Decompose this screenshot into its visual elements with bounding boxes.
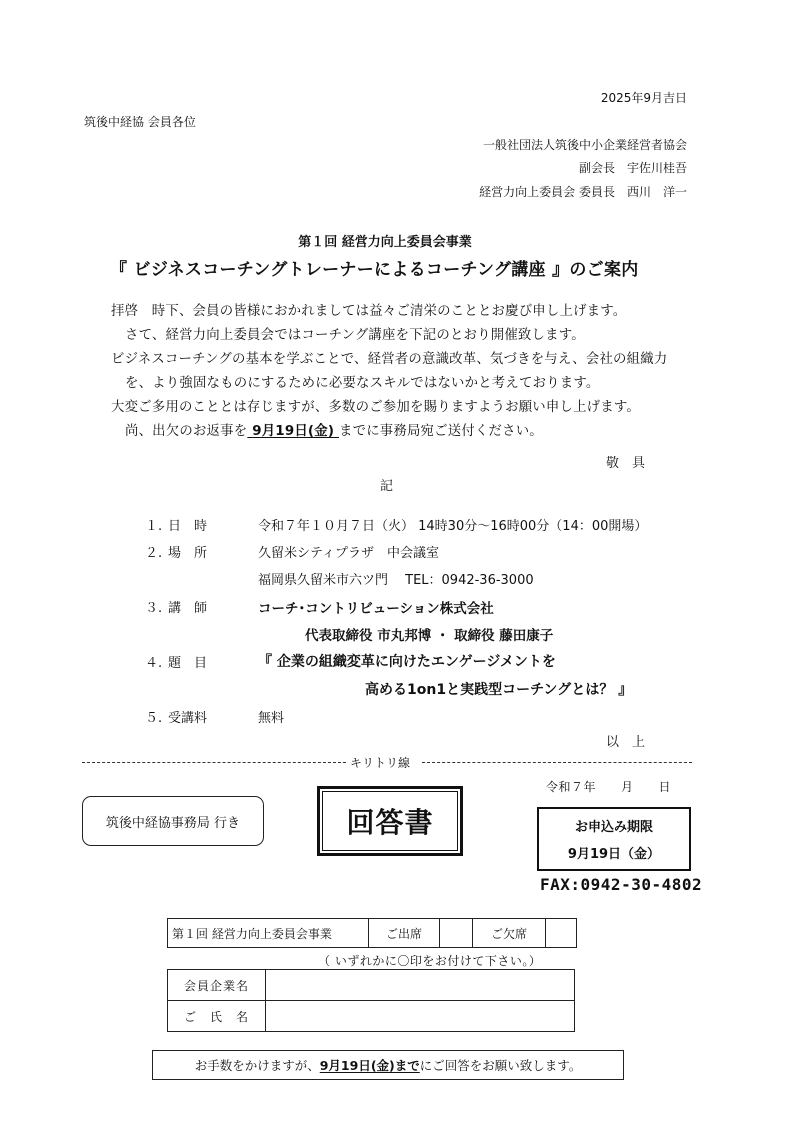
- item-number: １.: [145, 515, 162, 534]
- document-title: 『 ビジネスコーチングトレーナーによるコーチング講座 』のご案内: [110, 255, 639, 280]
- item-value-venue: 久留米シティプラザ 中会議室: [258, 542, 439, 561]
- item-value-fee: 無料: [258, 707, 284, 726]
- item-value-venue-address: 福岡県久留米市六ツ門 TEL：0942-36-3000: [258, 569, 534, 588]
- reply-deadline: 9月19日(金): [247, 424, 339, 439]
- item-number: ５.: [145, 707, 162, 726]
- body-line-5: 大変ご多用のこととは存じますが、多数のご参加を賜りますようお願い申し上げます。: [111, 396, 640, 415]
- item-label-instructor: 講 師: [168, 597, 207, 616]
- sender-committee-chair: 経営力向上委員会 委員長 西川 洋一: [479, 183, 687, 200]
- item-number: ３.: [145, 597, 162, 616]
- deadline-date: 9月19日（金）: [568, 843, 660, 862]
- item-number: ４.: [145, 652, 162, 671]
- closing-keigu: 敬 具: [606, 452, 645, 471]
- item-number: ２.: [145, 542, 162, 561]
- item-value-instructor-company: コーチ･コントリビューション株式会社: [258, 597, 494, 617]
- attendance-table: 第１回 経営力向上委員会事業 ご出席 ご欠席: [167, 918, 577, 948]
- issue-date: 2025年9月吉日: [601, 89, 687, 106]
- company-field[interactable]: [266, 970, 575, 1001]
- item-value-datetime: 令和７年１０月７日（火） 14時30分～16時00分（14：00開場）: [258, 515, 647, 534]
- item-value-theme-line2: 高める1on1と実践型コーチングとは？ 』: [365, 679, 632, 699]
- recipient-label: 筑後中経協事務局 行き: [106, 812, 240, 831]
- cut-line-label: キリトリ線: [346, 754, 414, 771]
- footer-notice: お手数をかけますが、9月19日(金)までにご回答をお願い致します。: [152, 1050, 624, 1080]
- item-value-theme-line1: 『 企業の組織変革に向けたエンゲージメントを: [258, 651, 556, 671]
- reply-form-title-box: 回答書: [317, 786, 463, 856]
- company-label: 会員企業名: [168, 970, 266, 1001]
- member-info-table: 会員企業名 ご 氏 名: [167, 969, 575, 1032]
- name-label: ご 氏 名: [168, 1001, 266, 1032]
- attend-mark-cell[interactable]: [440, 919, 473, 948]
- cut-line-dash-left: [82, 762, 346, 763]
- reply-date-line: 令和７年 月 日: [546, 778, 671, 795]
- fax-number: FAX:0942-30-4802: [540, 875, 702, 894]
- body-line-6: 尚、出欠のお返事を 9月19日(金) までに事務局宛ご送付ください。: [125, 420, 543, 439]
- cut-line-dash-right: [422, 762, 692, 763]
- reply-form-title: 回答書: [322, 791, 458, 851]
- addressee: 筑後中経協 会員各位: [84, 113, 196, 130]
- item-label-venue: 場 所: [168, 542, 207, 561]
- deadline-box: お申込み期限 9月19日（金）: [537, 807, 691, 871]
- reply-request-text: 尚、出欠のお返事を: [125, 424, 247, 439]
- recipient-box: 筑後中経協事務局 行き: [82, 796, 264, 846]
- attendance-event: 第１回 経営力向上委員会事業: [168, 919, 369, 948]
- sender-vice-president: 副会長 宇佐川桂吾: [579, 159, 687, 176]
- item-label-fee: 受講料: [168, 707, 207, 726]
- item-label-datetime: 日 時: [168, 515, 207, 534]
- body-line-3: ビジネスコーチングの基本を学ぶことで、経営者の意識改革、気づきを与え、会社の組織…: [111, 348, 667, 367]
- event-subtitle: 第１回 経営力向上委員会事業: [0, 231, 770, 250]
- body-line-1: 拝啓 時下、会員の皆様におかれましては益々ご清栄のこととお慶び申し上げます。: [111, 300, 626, 319]
- ijou-marker: 以 上: [606, 731, 645, 750]
- reply-request-suffix: までに事務局宛ご送付ください。: [339, 424, 543, 439]
- footer-text-suffix: にご回答をお願い致します。: [420, 1056, 582, 1074]
- item-label-theme: 題 目: [168, 652, 207, 671]
- body-line-2: さて、経営力向上委員会ではコーチング講座を下記のとおり開催致します。: [125, 324, 585, 343]
- footer-text: お手数をかけますが、: [195, 1056, 320, 1074]
- body-line-4: を、より強固なものにするために必要なスキルではないかと考えております。: [125, 372, 599, 391]
- absent-mark-cell[interactable]: [546, 919, 577, 948]
- deadline-label: お申込み期限: [575, 816, 653, 835]
- attend-label: ご出席: [369, 919, 440, 948]
- name-field[interactable]: [266, 1001, 575, 1032]
- ki-marker: 記: [380, 475, 393, 494]
- attendance-instruction: （ いずれかに〇印をお付けて下さい。）: [318, 952, 541, 969]
- sender-organization: 一般社団法人筑後中小企業経営者協会: [483, 136, 687, 153]
- cut-line: キリトリ線: [82, 752, 692, 772]
- absent-label: ご欠席: [473, 919, 546, 948]
- footer-deadline: 9月19日(金)まで: [320, 1056, 420, 1074]
- item-value-instructor-names: 代表取締役 市丸邦博 ・ 取締役 藤田康子: [305, 624, 553, 644]
